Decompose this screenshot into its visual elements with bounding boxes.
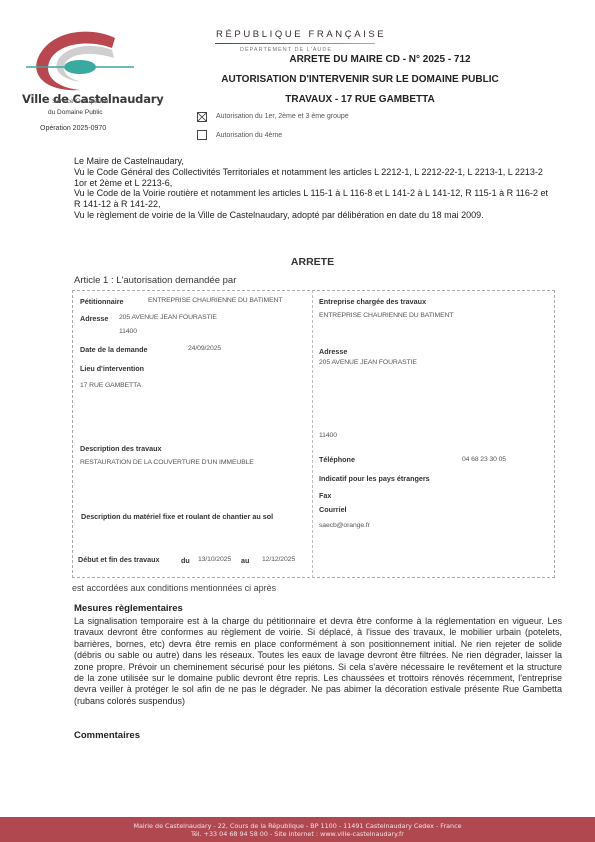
city-logo-icon xyxy=(20,28,140,94)
header-divider xyxy=(215,43,375,44)
fax-label: Fax xyxy=(319,491,331,500)
request-details-box xyxy=(72,290,555,578)
mesures-text: La signalisation temporaire est à la cha… xyxy=(74,616,562,707)
description-travaux-value: RESTAURATION DE LA COUVERTURE D'UN IMMEU… xyxy=(80,459,254,466)
checkbox-groupe-1-3[interactable] xyxy=(197,112,207,122)
materiel-label: Description du matériel fixe et roulant … xyxy=(81,512,273,521)
service-name-line2: du Domaine Public xyxy=(48,109,103,116)
adresse-label: Adresse xyxy=(80,314,108,323)
entreprise-code-postal: 11400 xyxy=(319,432,337,439)
entreprise-label: Entreprise chargée des travaux xyxy=(319,297,426,306)
footer-address: Mairie de Castelnaudary - 22, Cours de l… xyxy=(0,822,595,830)
operation-number: Opération 2025-0970 xyxy=(40,125,106,132)
preamble: Le Maire de Castelnaudary, Vu le Code Gé… xyxy=(74,156,554,221)
description-travaux-label: Description des travaux xyxy=(80,444,162,453)
article-1: Article 1 : L'autorisation demandée par xyxy=(74,275,236,286)
republique-francaise: RÉPUBLIQUE FRANÇAISE xyxy=(216,29,386,40)
preamble-line: Vu le règlement de voirie de la Ville de… xyxy=(74,210,554,221)
city-logo xyxy=(20,28,140,94)
preamble-line: Vu le Code Général des Collectivités Ter… xyxy=(74,167,554,189)
departement: DÉPARTEMENT DE L'AUDE xyxy=(240,47,332,53)
courriel-value[interactable]: saecb@orange.fr xyxy=(319,522,370,529)
du-label: du xyxy=(181,556,190,565)
indicatif-label: Indicatif pour les pays étrangers xyxy=(319,474,430,483)
arrete-subtitle: AUTORISATION D'INTERVENIR SUR LE DOMAINE… xyxy=(180,74,540,85)
checkbox-groupe-4[interactable] xyxy=(197,130,207,140)
date-demande-label: Date de la demande xyxy=(80,345,148,354)
conditions-text: est accordées aux conditions mentionnées… xyxy=(72,583,276,593)
date-fin-value: 12/12/2025 xyxy=(262,556,295,563)
footer-contact: Tél. +33 04 68 94 58 00 - Site internet … xyxy=(0,830,595,838)
courriel-label: Courriel xyxy=(319,505,347,514)
date-demande-value: 24/09/2025 xyxy=(188,345,221,352)
code-postal-value: 11400 xyxy=(119,328,137,335)
adresse-value: 205 AVENUE JEAN FOURASTIE xyxy=(119,314,217,321)
service-name-line1: Service Occupation xyxy=(52,98,108,105)
checkbox-label-groupe-1-3: Autorisation du 1er, 2ème et 3 ème group… xyxy=(216,113,349,120)
arrete-heading: ARRETE xyxy=(0,256,595,268)
column-divider xyxy=(312,290,313,578)
telephone-label: Téléphone xyxy=(319,455,355,464)
travaux-title: TRAVAUX - 17 RUE GAMBETTA xyxy=(180,94,540,105)
petitionnaire-value: ENTREPRISE CHAURIENNE DU BATIMENT xyxy=(148,297,282,304)
entreprise-adresse-value: 205 AVENUE JEAN FOURASTIE xyxy=(319,359,417,366)
check-cross-icon xyxy=(198,113,206,121)
petitionnaire-label: Pétitionnaire xyxy=(80,297,124,306)
au-label: au xyxy=(241,556,249,565)
entreprise-adresse-label: Adresse xyxy=(319,347,347,356)
arrete-title: ARRETE DU MAIRE CD - N° 2025 - 712 xyxy=(180,54,540,65)
dates-travaux-label: Début et fin des travaux xyxy=(78,555,159,564)
preamble-line: Vu le Code de la Voirie routière et nota… xyxy=(74,188,554,210)
lieu-intervention-label: Lieu d'intervention xyxy=(80,364,144,373)
preamble-line: Le Maire de Castelnaudary, xyxy=(74,156,554,167)
mesures-title: Mesures règlementaires xyxy=(74,603,183,614)
entreprise-value: ENTREPRISE CHAURIENNE DU BATIMENT xyxy=(319,312,453,319)
commentaires-title: Commentaires xyxy=(74,730,140,741)
date-debut-value: 13/10/2025 xyxy=(198,556,231,563)
telephone-value: 04 68 23 30 05 xyxy=(462,456,506,463)
lieu-intervention-value: 17 RUE GAMBETTA xyxy=(80,382,141,389)
checkbox-label-groupe-4: Autorisation du 4ème xyxy=(216,132,282,139)
